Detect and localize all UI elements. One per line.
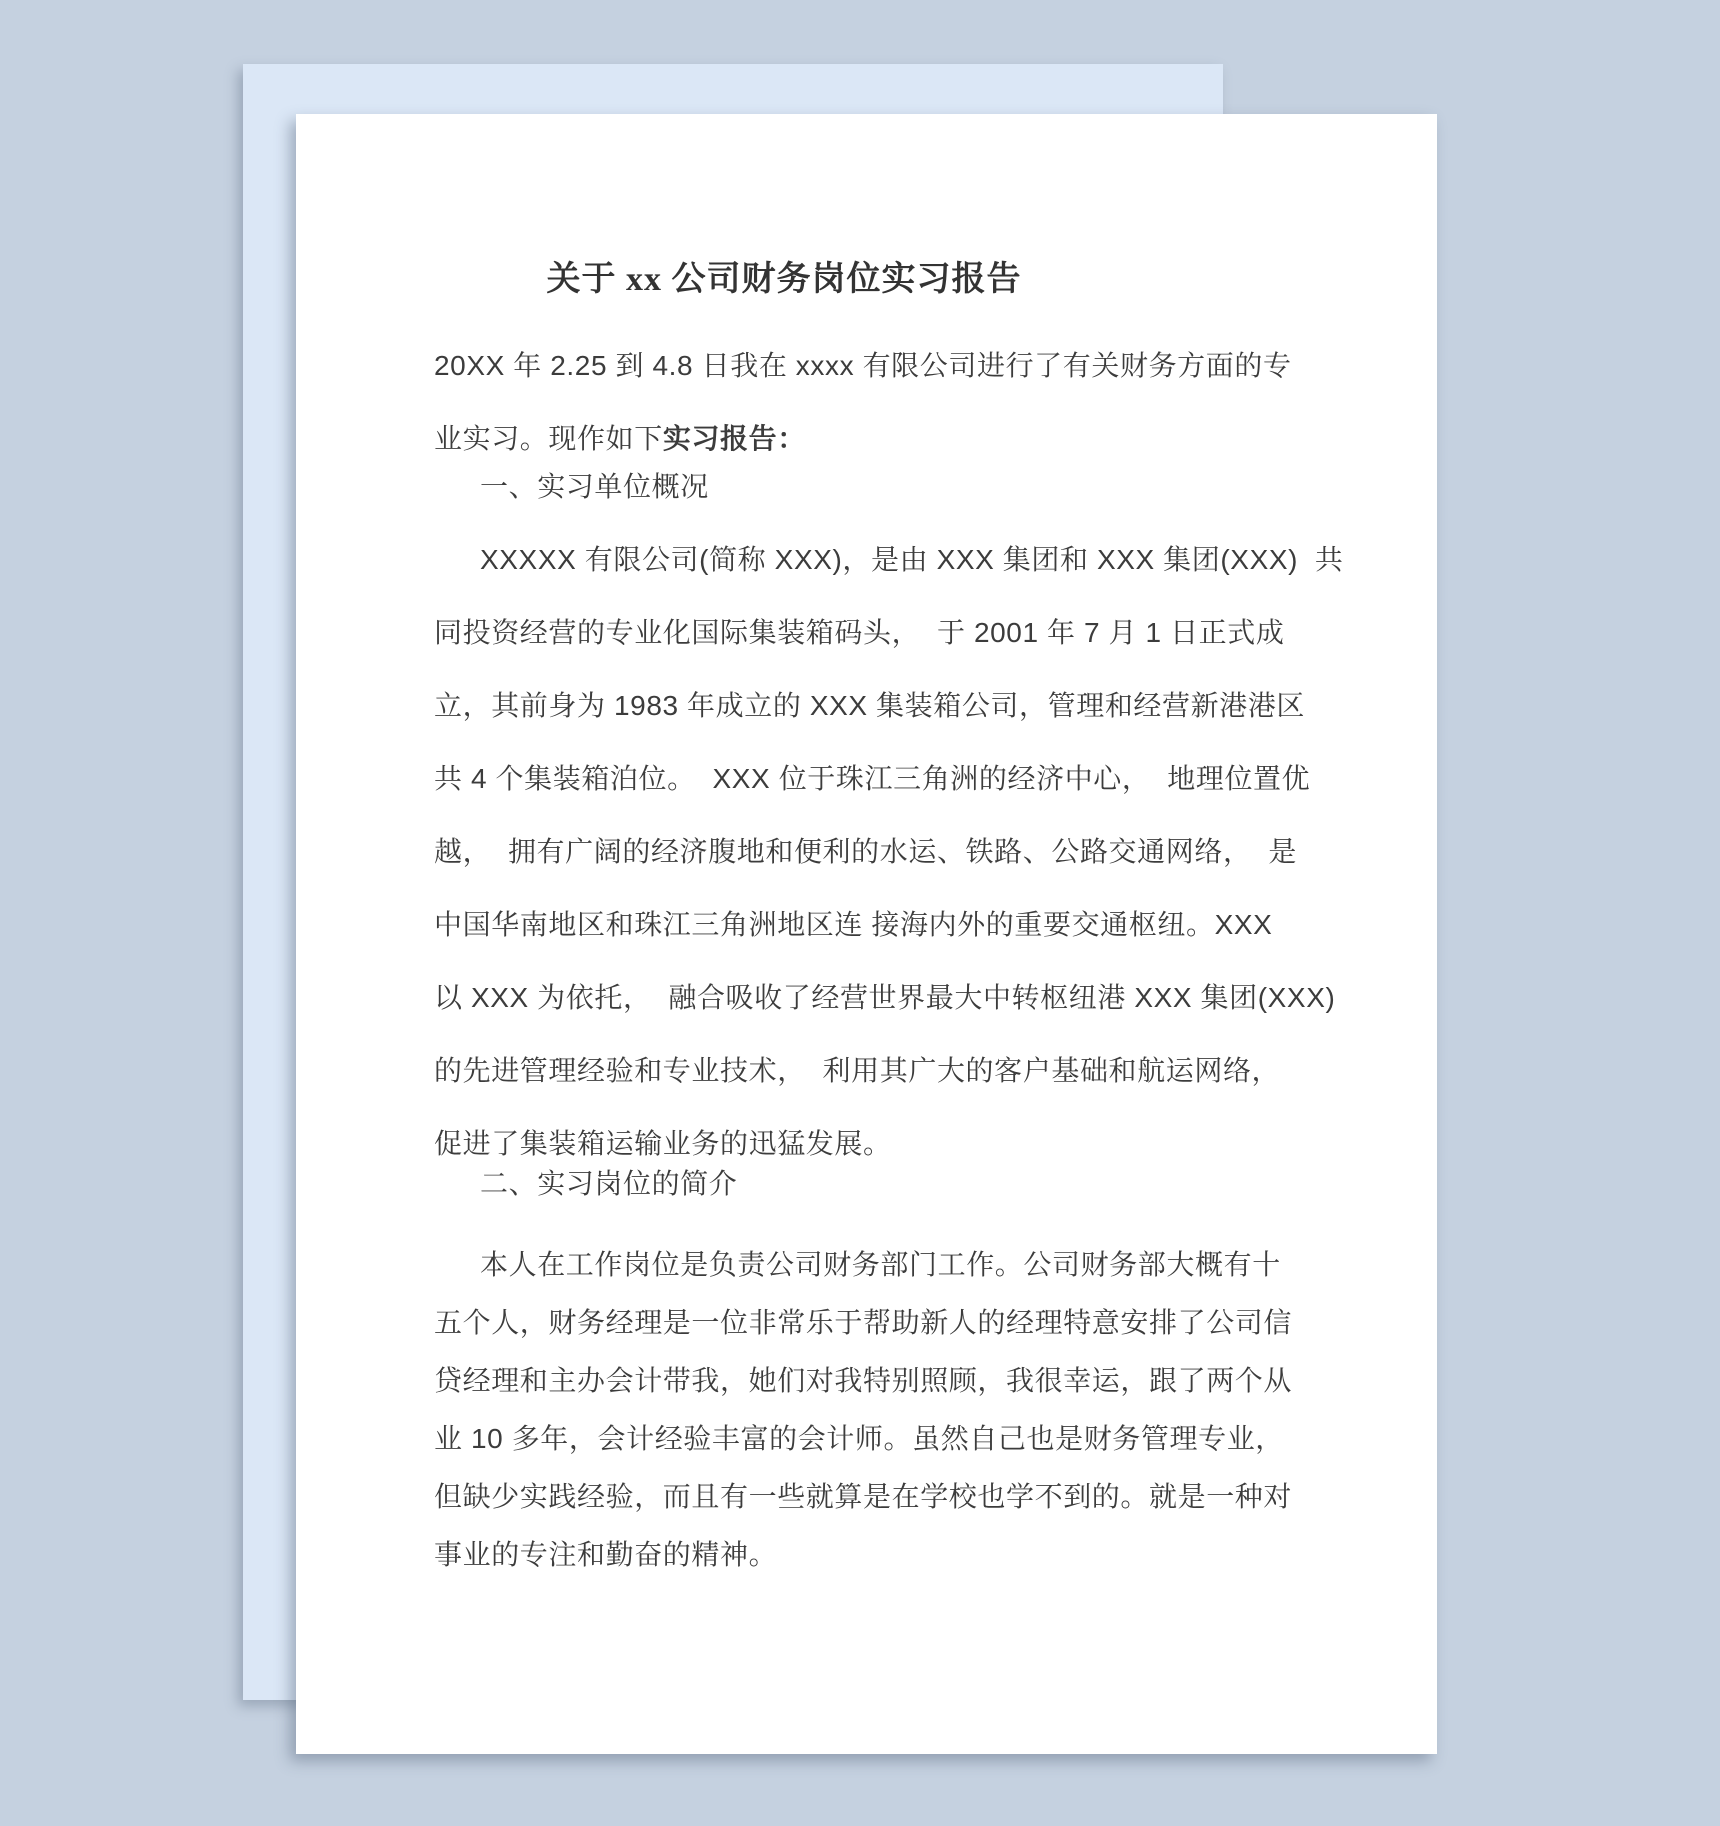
paragraph-position-intro: 本人在工作岗位是负责公司财务部门工作。公司财务部大概有十 五个人，财务经理是一位… [434,1236,1134,1584]
text-line: 业 10 多年，会计经验丰富的会计师。虽然自己也是财务管理专业， [434,1410,1134,1468]
text-line: 共 4 个集装箱泊位。 XXX 位于珠江三角洲的经济中心， 地理位置优 [434,742,1134,815]
text-line: 中国华南地区和珠江三角洲地区连 接海内外的重要交通枢纽。XXX [434,888,1134,961]
document-title: 关于 xx 公司财务岗位实习报告 [434,246,1134,314]
text-line: 本人在工作岗位是负责公司财务部门工作。公司财务部大概有十 [434,1236,1134,1294]
document-content: 关于 xx 公司财务岗位实习报告 20XX 年 2.25 到 4.8 日我在 x… [434,114,1134,1584]
document-page: 关于 xx 公司财务岗位实习报告 20XX 年 2.25 到 4.8 日我在 x… [296,114,1437,1754]
text-line: 五个人，财务经理是一位非常乐于帮助新人的经理特意安排了公司信 [434,1294,1134,1352]
text-line: 事业的专注和勤奋的精神。 [434,1526,1134,1584]
text-line: 贷经理和主办会计带我，她们对我特别照顾，我很幸运，跟了两个从 [434,1352,1134,1410]
text-line: XXXXX 有限公司(简称 XXX)，是由 XXX 集团和 XXX 集团(XXX… [434,523,1134,596]
text-line: 但缺少实践经验，而且有一些就算是在学校也学不到的。就是一种对 [434,1468,1134,1526]
text-line: 立，其前身为 1983 年成立的 XXX 集装箱公司，管理和经营新港港区 [434,669,1134,742]
text-line: 同投资经营的专业化国际集装箱码头， 于 2001 年 7 月 1 日正式成 [434,596,1134,669]
paragraph-company-overview: XXXXX 有限公司(简称 XXX)，是由 XXX 集团和 XXX 集团(XXX… [434,523,1134,1180]
text-line: 越， 拥有广阔的经济腹地和便利的水运、铁路、公路交通网络， 是 [434,815,1134,888]
text-line: 以 XXX 为依托， 融合吸收了经营世界最大中转枢纽港 XXX 集团(XXX) [434,961,1134,1034]
text-line: 的先进管理经验和专业技术， 利用其广大的客户基础和航运网络， [434,1034,1134,1107]
text-line: 20XX 年 2.25 到 4.8 日我在 xxxx 有限公司进行了有关财务方面… [434,329,1134,402]
